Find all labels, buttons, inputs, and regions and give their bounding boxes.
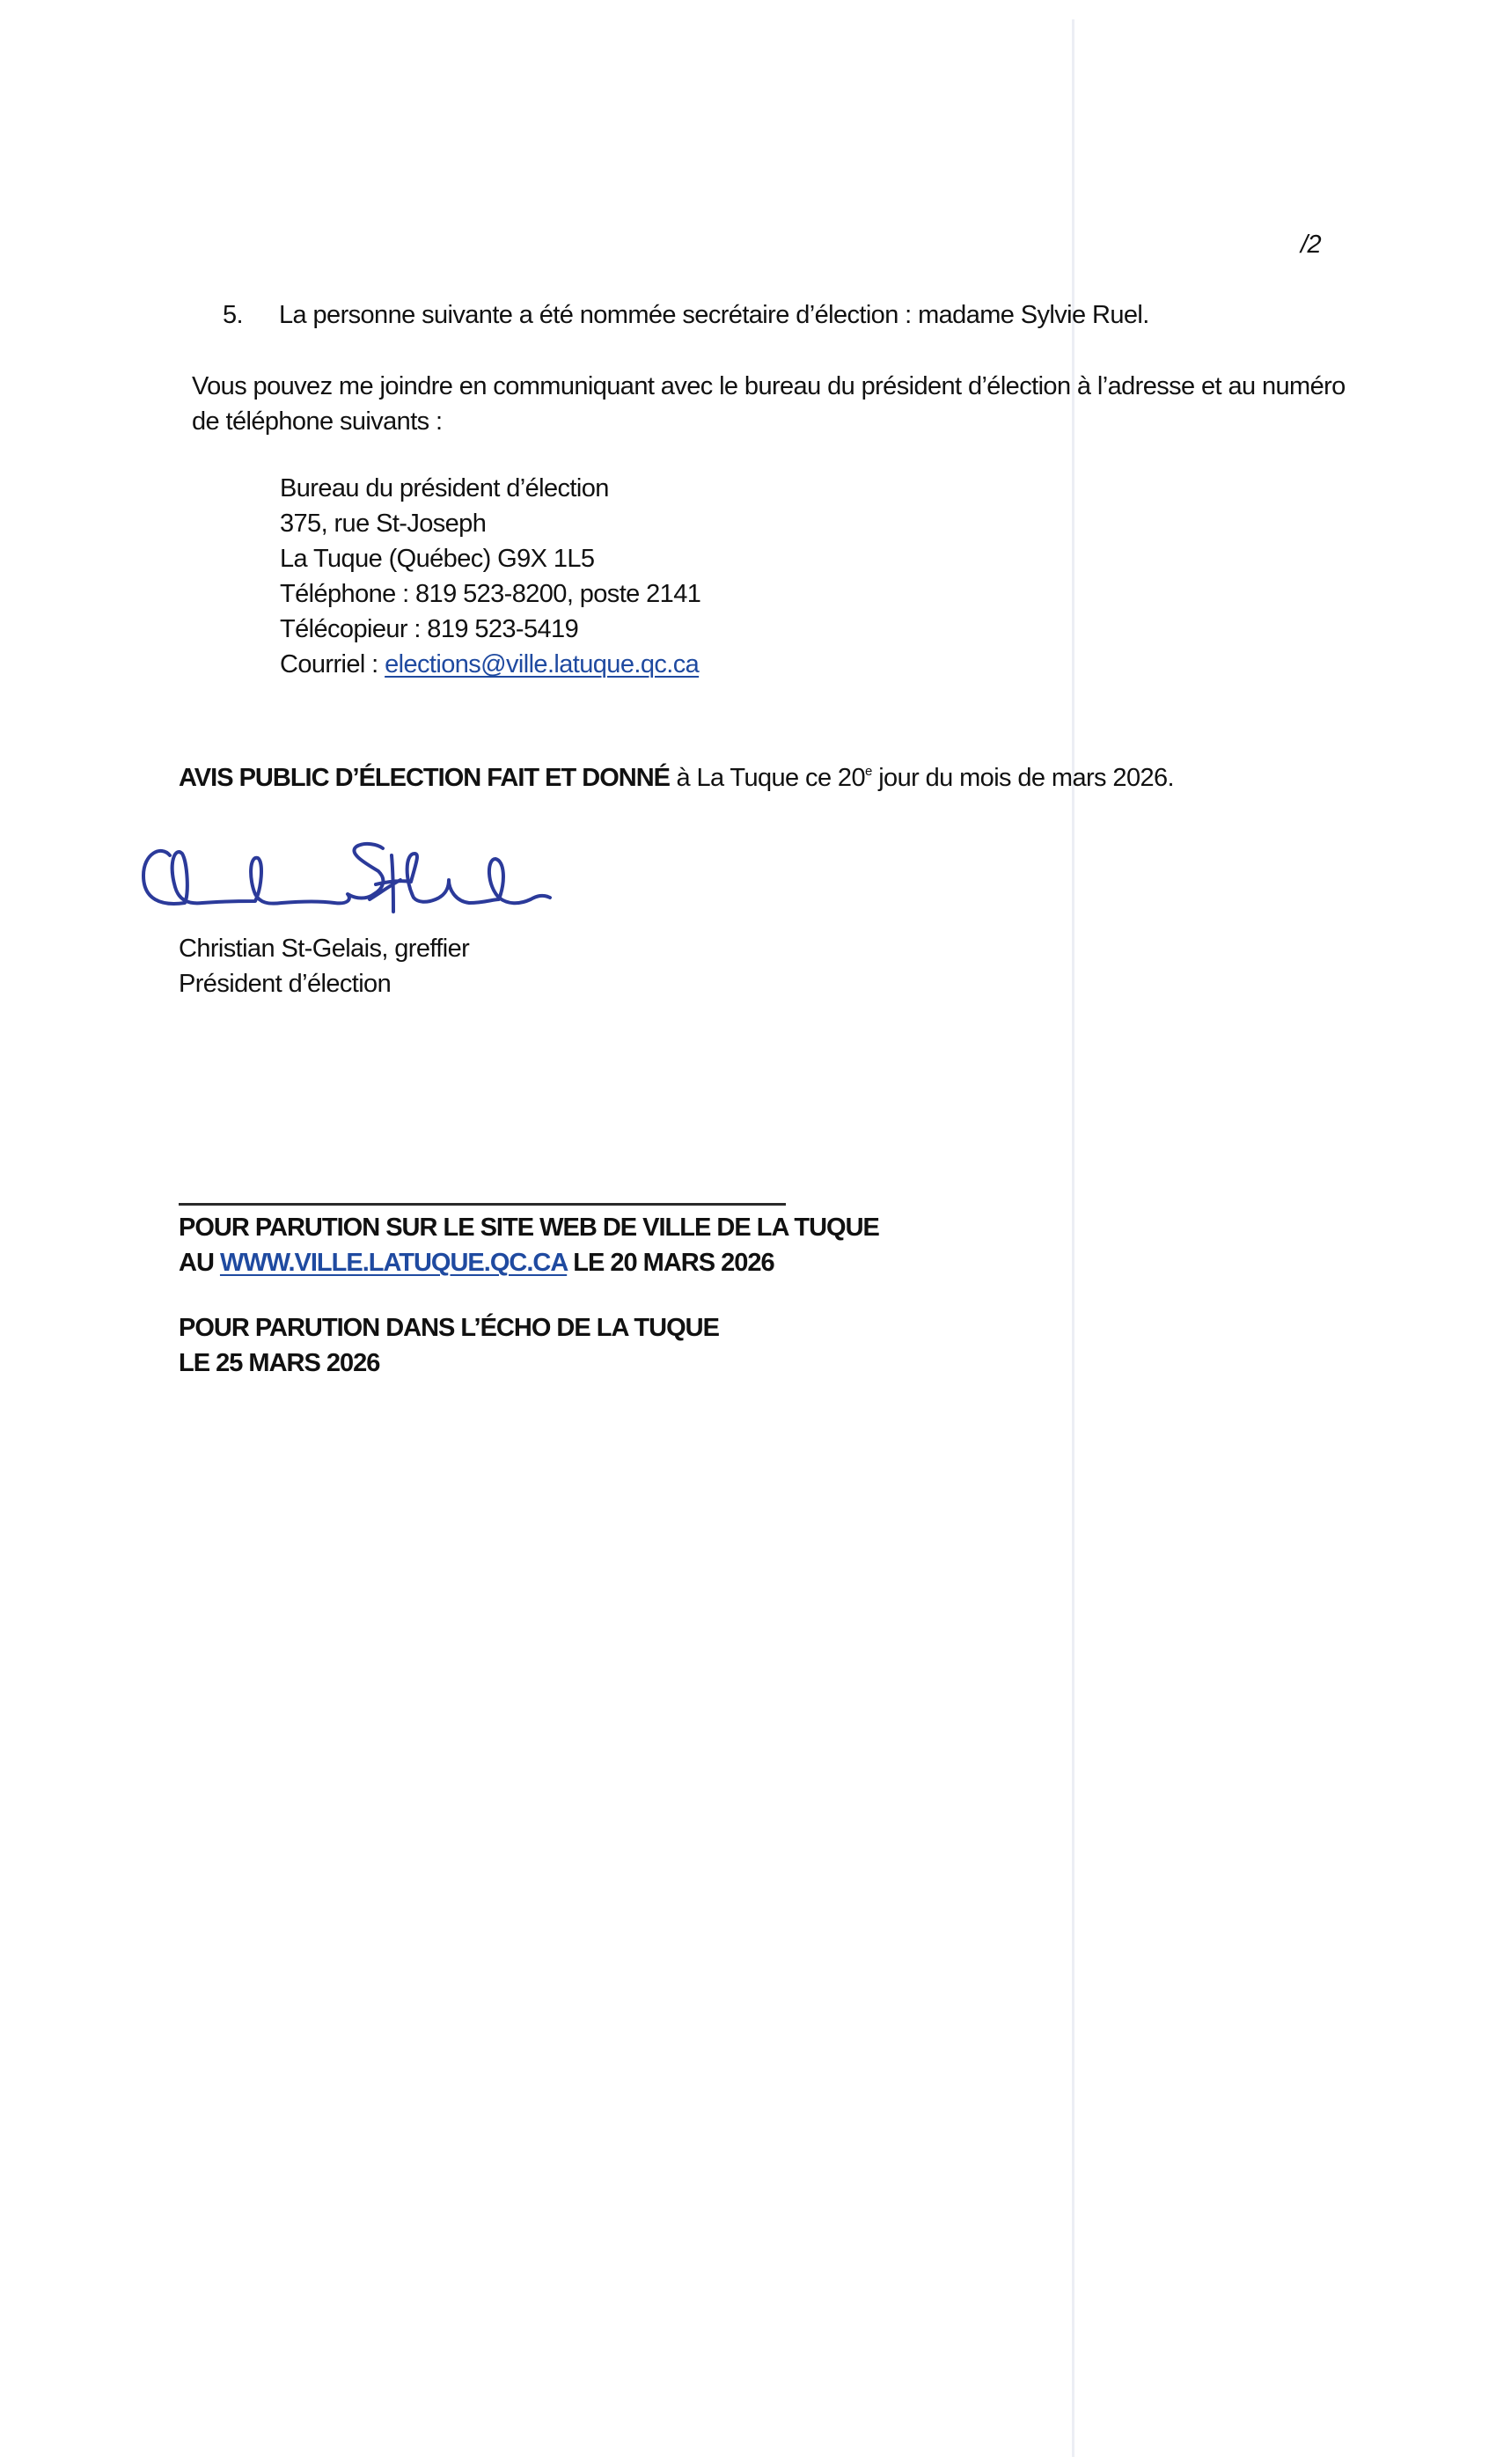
web-publication-line-1: POUR PARUTION SUR LE SITE WEB DE VILLE D… <box>179 1210 879 1245</box>
address-phone: Téléphone : 819 523-8200, poste 2141 <box>280 576 700 612</box>
intro-line-2: de téléphone suivants : <box>192 404 1346 439</box>
list-item-number: 5. <box>223 297 279 333</box>
notice-text-before: à La Tuque ce 20 <box>670 764 865 792</box>
intro-line-1: Vous pouvez me joindre en communiquant a… <box>192 369 1346 404</box>
address-block: Bureau du président d’élection 375, rue … <box>280 471 700 682</box>
email-link[interactable]: elections@ville.latuque.qc.ca <box>385 650 699 678</box>
address-email-line: Courriel : elections@ville.latuque.qc.ca <box>280 647 700 682</box>
list-item-5: 5.La personne suivante a été nommée secr… <box>223 297 1149 333</box>
signer-name: Christian St-Gelais, greffier <box>179 931 469 966</box>
address-fax: Télécopieur : 819 523-5419 <box>280 612 700 647</box>
separator-line <box>179 1203 786 1206</box>
print-publication-line-1: POUR PARUTION DANS L’ÉCHO DE LA TUQUE <box>179 1310 719 1346</box>
print-publication-note: POUR PARUTION DANS L’ÉCHO DE LA TUQUE LE… <box>179 1310 719 1381</box>
handwritten-signature <box>136 836 559 920</box>
page-number: /2 <box>1301 231 1321 260</box>
address-street: 375, rue St-Joseph <box>280 506 700 541</box>
public-notice-statement: AVIS PUBLIC D’ÉLECTION FAIT ET DONNÉ à L… <box>179 754 1174 796</box>
notice-bold-heading: AVIS PUBLIC D’ÉLECTION FAIT ET DONNÉ <box>179 764 670 792</box>
print-publication-line-2: LE 25 MARS 2026 <box>179 1346 719 1381</box>
web-publication-line-2: AU WWW.VILLE.LATUQUE.QC.CA LE 20 MARS 20… <box>179 1245 879 1280</box>
address-office: Bureau du président d’élection <box>280 471 700 506</box>
email-label: Courriel : <box>280 650 385 678</box>
signer-title: Président d’élection <box>179 966 469 1001</box>
web-publication-note: POUR PARUTION SUR LE SITE WEB DE VILLE D… <box>179 1210 879 1280</box>
web-suffix: LE 20 MARS 2026 <box>567 1249 774 1277</box>
list-item-text: La personne suivante a été nommée secrét… <box>279 301 1149 329</box>
web-prefix: AU <box>179 1249 220 1277</box>
ordinal-superscript: e <box>865 764 872 779</box>
website-link[interactable]: WWW.VILLE.LATUQUE.QC.CA <box>220 1249 567 1277</box>
address-city: La Tuque (Québec) G9X 1L5 <box>280 541 700 576</box>
signer-block: Christian St-Gelais, greffier Président … <box>179 931 469 1001</box>
notice-text-after: jour du mois de mars 2026. <box>872 764 1174 792</box>
contact-intro-paragraph: Vous pouvez me joindre en communiquant a… <box>192 369 1346 439</box>
